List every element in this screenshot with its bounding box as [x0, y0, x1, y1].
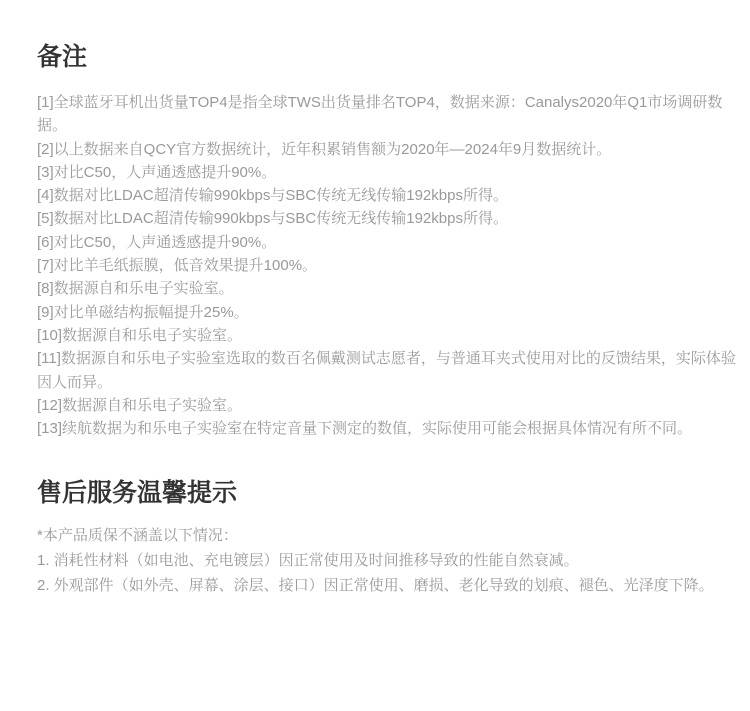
warranty-list: *本产品质保不涵盖以下情况： 1. 消耗性材料（如电池、充电镀层）因正常使用及时…: [37, 523, 744, 598]
service-section-title: 售后服务温馨提示: [37, 476, 744, 510]
product-detail-notes-page: 备注 [1]全球蓝牙耳机出货量TOP4是指全球TWS出货量排名TOP4，数据来源…: [0, 0, 750, 711]
note-item: [1]全球蓝牙耳机出货量TOP4是指全球TWS出货量排名TOP4，数据来源：Ca…: [37, 91, 744, 138]
note-item: [12]数据源自和乐电子实验室。: [37, 394, 744, 417]
warranty-intro: *本产品质保不涵盖以下情况：: [37, 523, 744, 548]
warranty-item: 1. 消耗性材料（如电池、充电镀层）因正常使用及时间推移导致的性能自然衰减。: [37, 548, 744, 573]
note-item: [9]对比单磁结构振幅提升25%。: [37, 301, 744, 324]
notes-section-title: 备注: [37, 40, 744, 74]
note-item: [6]对比C50，人声通透感提升90%。: [37, 231, 744, 254]
note-item: [11]数据源自和乐电子实验室选取的数百名佩戴测试志愿者，与普通耳夹式使用对比的…: [37, 347, 744, 394]
note-item: [2]以上数据来自QCY官方数据统计，近年积累销售额为2020年—2024年9月…: [37, 138, 744, 161]
note-item: [3]对比C50，人声通透感提升90%。: [37, 161, 744, 184]
note-item: [4]数据对比LDAC超清传输990kbps与SBC传统无线传输192kbps所…: [37, 184, 744, 207]
note-item: [13]续航数据为和乐电子实验室在特定音量下测定的数值，实际使用可能会根据具体情…: [37, 417, 744, 440]
notes-list: [1]全球蓝牙耳机出货量TOP4是指全球TWS出货量排名TOP4，数据来源：Ca…: [37, 91, 744, 440]
warranty-item: 2. 外观部件（如外壳、屏幕、涂层、接口）因正常使用、磨损、老化导致的划痕、褪色…: [37, 573, 744, 598]
note-item: [7]对比羊毛纸振膜，低音效果提升100%。: [37, 254, 744, 277]
note-item: [10]数据源自和乐电子实验室。: [37, 324, 744, 347]
note-item: [5]数据对比LDAC超清传输990kbps与SBC传统无线传输192kbps所…: [37, 207, 744, 230]
note-item: [8]数据源自和乐电子实验室。: [37, 277, 744, 300]
